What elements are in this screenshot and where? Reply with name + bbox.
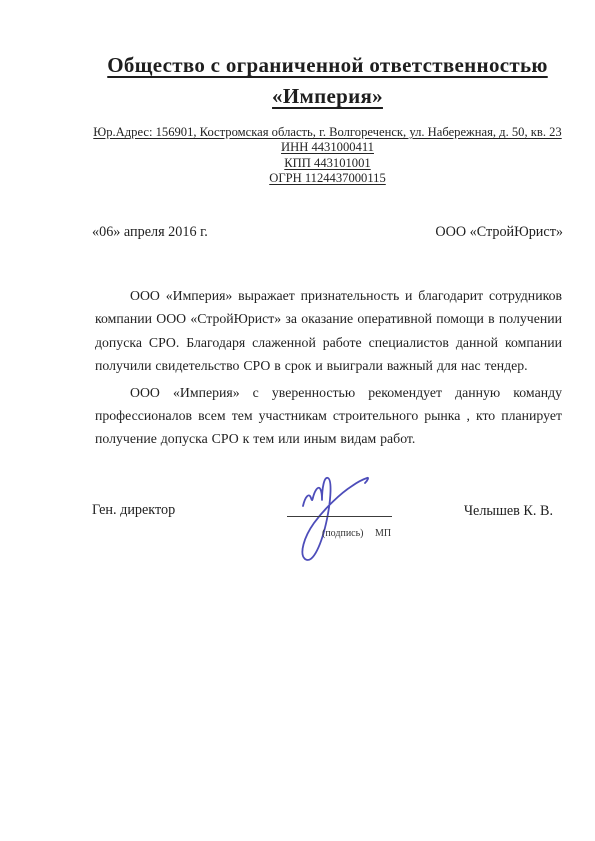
company-title-line-2: «Империя» xyxy=(272,81,383,112)
letter-date: «06» апреля 2016 г. xyxy=(92,224,208,241)
body-paragraph-1: ООО «Империя» выражает признательность и… xyxy=(95,284,562,377)
letter-page: Общество с ограниченной ответственностью… xyxy=(0,0,595,841)
inn-number: ИНН 4431000411 xyxy=(281,140,374,155)
handwritten-signature-icon xyxy=(285,468,400,570)
company-title: Общество с ограниченной ответственностью… xyxy=(92,50,563,112)
body-line: ООО «Империя» с уверенностью рекомендует… xyxy=(95,381,562,404)
body-line: получение допуска СРО к тем или иным вид… xyxy=(95,427,562,450)
recipient-name: ООО «СтройЮрист» xyxy=(435,224,563,241)
body-line: получили свидетельство СРО в срок и выиг… xyxy=(95,354,562,377)
signatory-title: Ген. директор xyxy=(92,502,175,519)
ogrn-number: ОГРН 1124437000115 xyxy=(269,171,386,186)
body-line: допуска СРО. Благодаря слаженной работе … xyxy=(95,331,562,354)
body-line: профессионалов всем тем участникам строи… xyxy=(95,404,562,427)
body-line: компании ООО «СтройЮрист» за оказание оп… xyxy=(95,307,562,330)
signatory-name: Челышев К. В. xyxy=(464,503,553,520)
signature-line xyxy=(287,516,392,517)
signature-caption: (подпись) xyxy=(322,528,364,539)
signature-stroke xyxy=(302,478,368,560)
date-row: «06» апреля 2016 г. ООО «СтройЮрист» xyxy=(92,224,563,241)
company-requisites: Юр.Адрес: 156901, Костромская область, г… xyxy=(62,125,593,187)
company-title-line-1: Общество с ограниченной ответственностью xyxy=(107,50,547,81)
body-line: ООО «Империя» выражает признательность и… xyxy=(95,284,562,307)
letter-body: ООО «Империя» выражает признательность и… xyxy=(95,284,562,451)
stamp-caption: МП xyxy=(375,528,391,539)
legal-address: Юр.Адрес: 156901, Костромская область, г… xyxy=(93,125,561,140)
body-paragraph-2: ООО «Империя» с уверенностью рекомендует… xyxy=(95,381,562,451)
kpp-number: КПП 443101001 xyxy=(284,156,370,171)
